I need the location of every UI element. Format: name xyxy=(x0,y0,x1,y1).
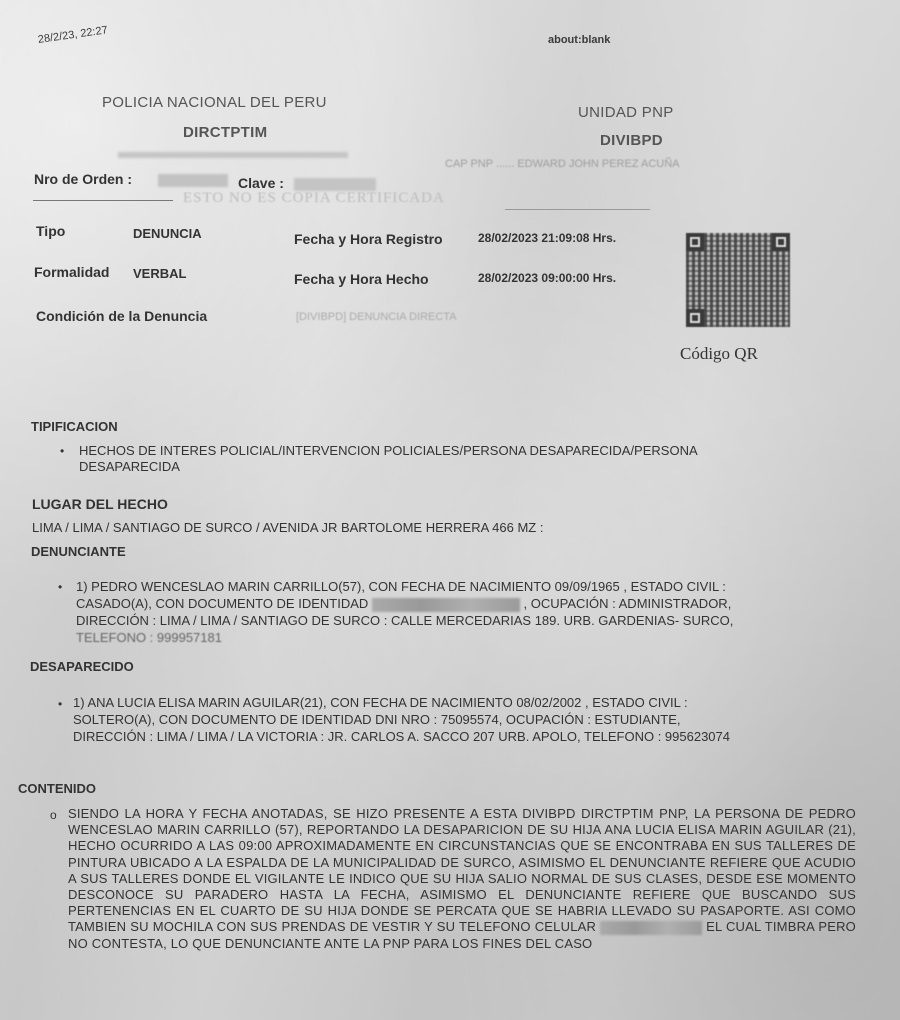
faded-registration-line: ​ xyxy=(118,150,348,161)
registro-label: Fecha y Hora Registro xyxy=(294,231,443,247)
print-date-time: 28/2/23, 22:27 xyxy=(37,24,108,46)
denunciante-line-3: DIRECCIÓN : LIMA / LIMA / SANTIAGO DE SU… xyxy=(76,613,733,629)
denunciante-line-4: TELEFONO : 999957181 xyxy=(76,630,222,646)
qr-finder-icon xyxy=(686,309,704,327)
hecho-value: 28/02/2023 09:00:00 Hrs. xyxy=(478,271,616,285)
desaparecido-line-2: SOLTERO(A), CON DOCUMENTO DE IDENTIDAD D… xyxy=(73,712,681,728)
phone-redacted xyxy=(600,921,702,935)
qr-finder-icon xyxy=(686,233,704,251)
divider-right xyxy=(505,209,650,210)
qr-finder-icon xyxy=(772,233,790,251)
lugar-title: LUGAR DEL HECHO xyxy=(32,496,168,512)
directorate-name: DIRCTPTIM xyxy=(183,124,267,141)
not-certified-watermark: ESTO NO ES COPIA CERTIFICADA xyxy=(183,190,445,207)
qr-label: Código QR xyxy=(680,344,758,364)
hecho-label: Fecha y Hora Hecho xyxy=(294,271,429,287)
officer-line: CAP PNP ...... EDWARD JOHN PEREZ ACUÑA xyxy=(445,158,680,170)
denunciante-title: DENUNCIANTE xyxy=(31,544,126,559)
divider-left xyxy=(33,200,173,201)
print-url: about:blank xyxy=(548,34,610,46)
formalidad-value: VERBAL xyxy=(133,266,186,281)
desaparecido-title: DESAPARECIDO xyxy=(30,659,134,674)
desaparecido-line-1: 1) ANA LUCIA ELISA MARIN AGUILAR(21), CO… xyxy=(73,695,688,711)
tipo-value: DENUNCIA xyxy=(133,226,202,241)
lugar-value: LIMA / LIMA / SANTIAGO DE SURCO / AVENID… xyxy=(32,520,543,536)
formalidad-label: Formalidad xyxy=(34,264,109,280)
tipificacion-item: HECHOS DE INTERES POLICIAL/INTERVENCION … xyxy=(79,443,799,475)
key-label: Clave : xyxy=(238,175,284,191)
desaparecido-line-3: DIRECCIÓN : LIMA / LIMA / LA VICTORIA : … xyxy=(73,729,730,745)
qr-code xyxy=(686,233,790,327)
contenido-text-part-1: SIENDO LA HORA Y FECHA ANOTADAS, SE HIZO… xyxy=(68,806,856,934)
tipificacion-title: TIPIFICACION xyxy=(31,419,118,434)
denunciante-line-2: CASADO(A), CON DOCUMENTO DE IDENTIDAD , … xyxy=(76,596,731,612)
denunciante-line-1: 1) PEDRO WENCESLAO MARIN CARRILLO(57), C… xyxy=(76,579,726,595)
denunciante-line-2a: CASADO(A), CON DOCUMENTO DE IDENTIDAD xyxy=(76,596,368,611)
unit-name: DIVIBPD xyxy=(600,132,663,149)
condicion-value: [DIVIBPD] DENUNCIA DIRECTA xyxy=(296,311,457,323)
bullet-icon: • xyxy=(60,444,64,458)
bullet-icon: • xyxy=(58,580,62,594)
registro-value: 28/02/2023 21:09:08 Hrs. xyxy=(478,231,616,245)
institution-name: POLICIA NACIONAL DEL PERU xyxy=(102,94,327,111)
circle-bullet-icon: o xyxy=(50,808,57,822)
unit-label: UNIDAD PNP xyxy=(578,104,674,121)
bullet-icon: • xyxy=(58,697,62,711)
contenido-text: SIENDO LA HORA Y FECHA ANOTADAS, SE HIZO… xyxy=(60,806,856,952)
order-number-redacted xyxy=(158,174,228,187)
tipo-label: Tipo xyxy=(36,223,65,239)
denunciante-line-2b: , OCUPACIÓN : ADMINISTRADOR, xyxy=(524,596,732,611)
contenido-title: CONTENIDO xyxy=(18,781,96,796)
order-number-label: Nro de Orden : xyxy=(34,171,132,187)
id-document-redacted xyxy=(372,598,520,612)
condicion-label: Condición de la Denuncia xyxy=(36,308,207,324)
